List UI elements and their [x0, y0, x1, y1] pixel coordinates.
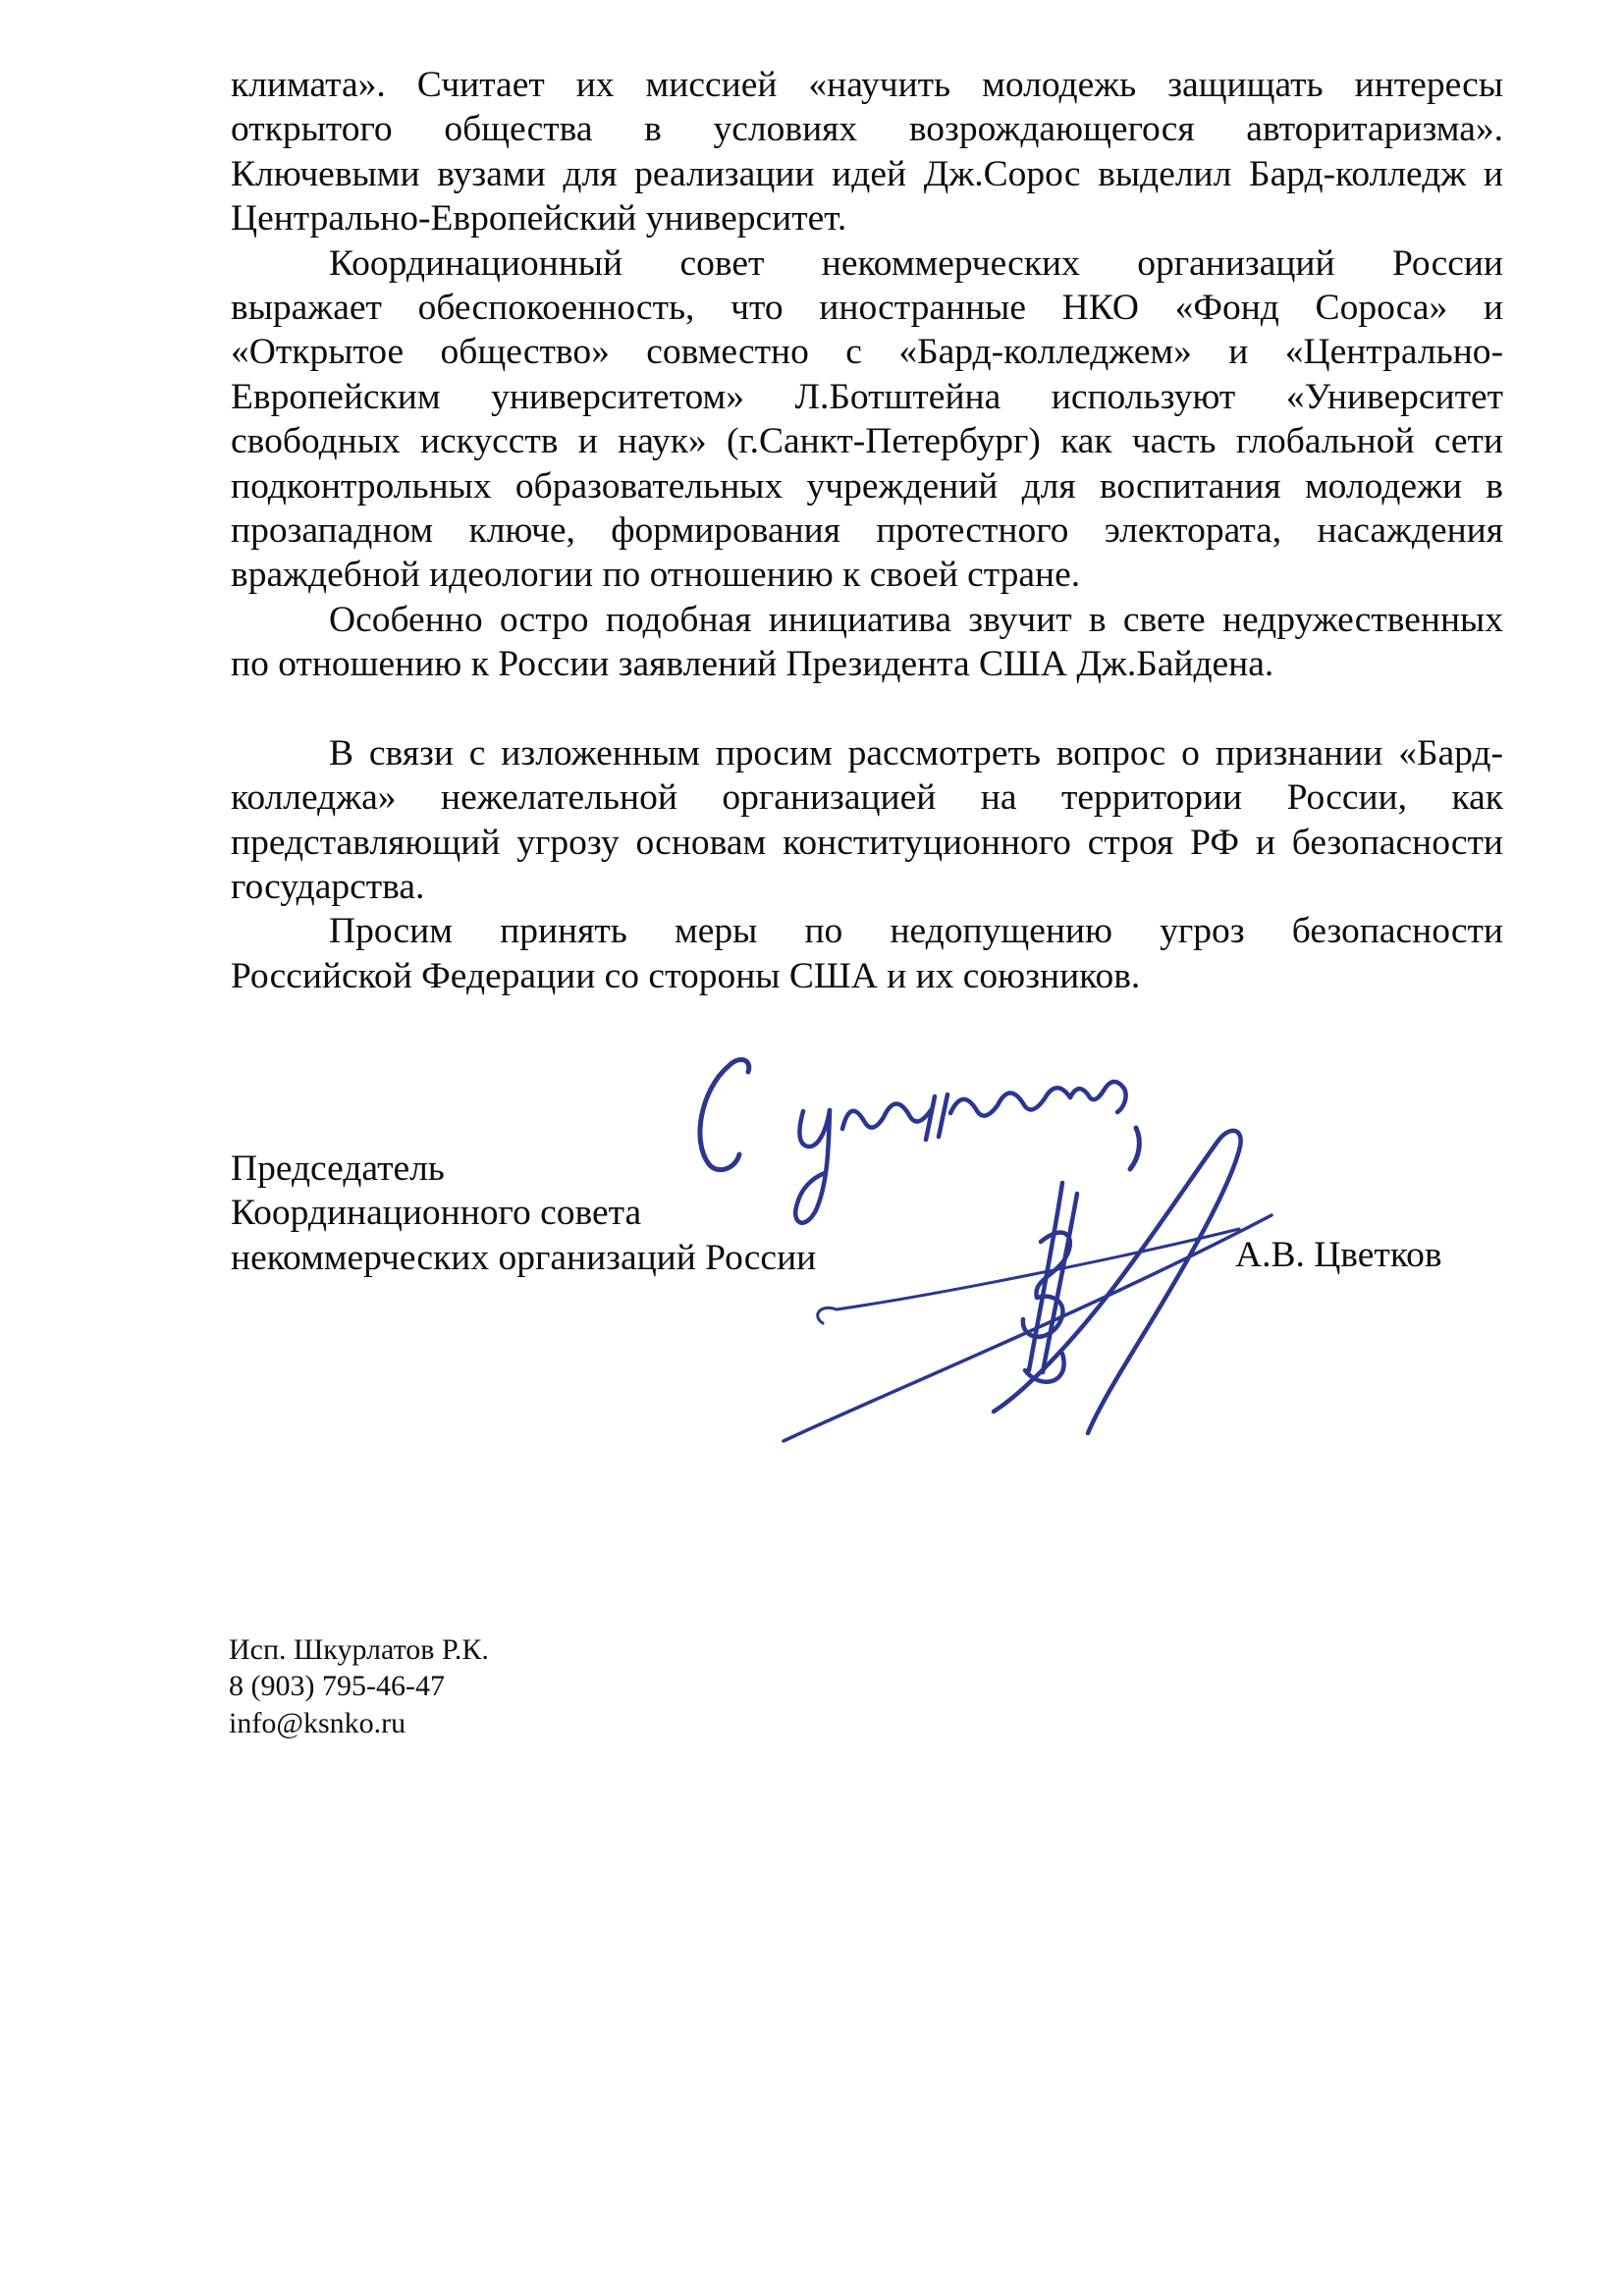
text-line: выражает обеспокоенность, что иностранны…	[231, 286, 1503, 330]
letter-page: климата». Считает их миссией «научить мо…	[0, 0, 1623, 2296]
text-line: свободных искусств и наук» (г.Санкт-Пете…	[231, 419, 1503, 463]
contact-line: info@ksnko.ru	[229, 1705, 739, 1741]
contact-line: 8 (903) 795-46-47	[229, 1668, 739, 1704]
text-line: Европейским университетом» Л.Ботштейна и…	[231, 375, 1503, 419]
text-line: подконтрольных образовательных учреждени…	[231, 464, 1503, 508]
signoff-line: Координационного совета	[231, 1191, 977, 1235]
text-line: климата». Считает их миссией «научить мо…	[231, 63, 1503, 107]
text-line: представляющий угрозу основам конституци…	[231, 821, 1503, 865]
text-line: Центрально-Европейский университет.	[231, 196, 1503, 240]
signoff-line: Председатель	[231, 1147, 977, 1191]
text-line: Ключевыми вузами для реализации идей Дж.…	[231, 152, 1503, 196]
signer-name: А.В. Цветков	[1235, 1233, 1442, 1277]
text-line: В связи с изложенным просим рассмотреть …	[231, 731, 1503, 775]
signoff-title-block: ПредседательКоординационного советанеком…	[231, 1147, 977, 1280]
text-line	[231, 686, 1503, 730]
executor-contact-block: Исп. Шкурлатов Р.К.8 (903) 795-46-47info…	[229, 1631, 739, 1741]
text-line: колледжа» нежелательной организацией на …	[231, 775, 1503, 820]
text-line: государства.	[231, 865, 1503, 909]
text-line: открытого общества в условиях возрождающ…	[231, 107, 1503, 151]
contact-line: Исп. Шкурлатов Р.К.	[229, 1631, 739, 1668]
text-line: Координационный совет некоммерческих орг…	[231, 241, 1503, 286]
text-line: враждебной идеологии по отношению к свое…	[231, 553, 1503, 597]
text-line: прозападном ключе, формирования протестн…	[231, 508, 1503, 553]
text-line: Российской Федерации со стороны США и их…	[231, 954, 1503, 998]
letter-body-text: климата». Считает их миссией «научить мо…	[231, 63, 1503, 998]
text-line: «Открытое общество» совместно с «Бард-ко…	[231, 330, 1503, 374]
signoff-line: некоммерческих организаций России	[231, 1236, 977, 1280]
text-line: по отношению к России заявлений Президен…	[231, 642, 1503, 686]
text-line: Особенно остро подобная инициатива звучи…	[231, 598, 1503, 642]
text-line: Просим принять меры по недопущению угроз…	[231, 909, 1503, 953]
